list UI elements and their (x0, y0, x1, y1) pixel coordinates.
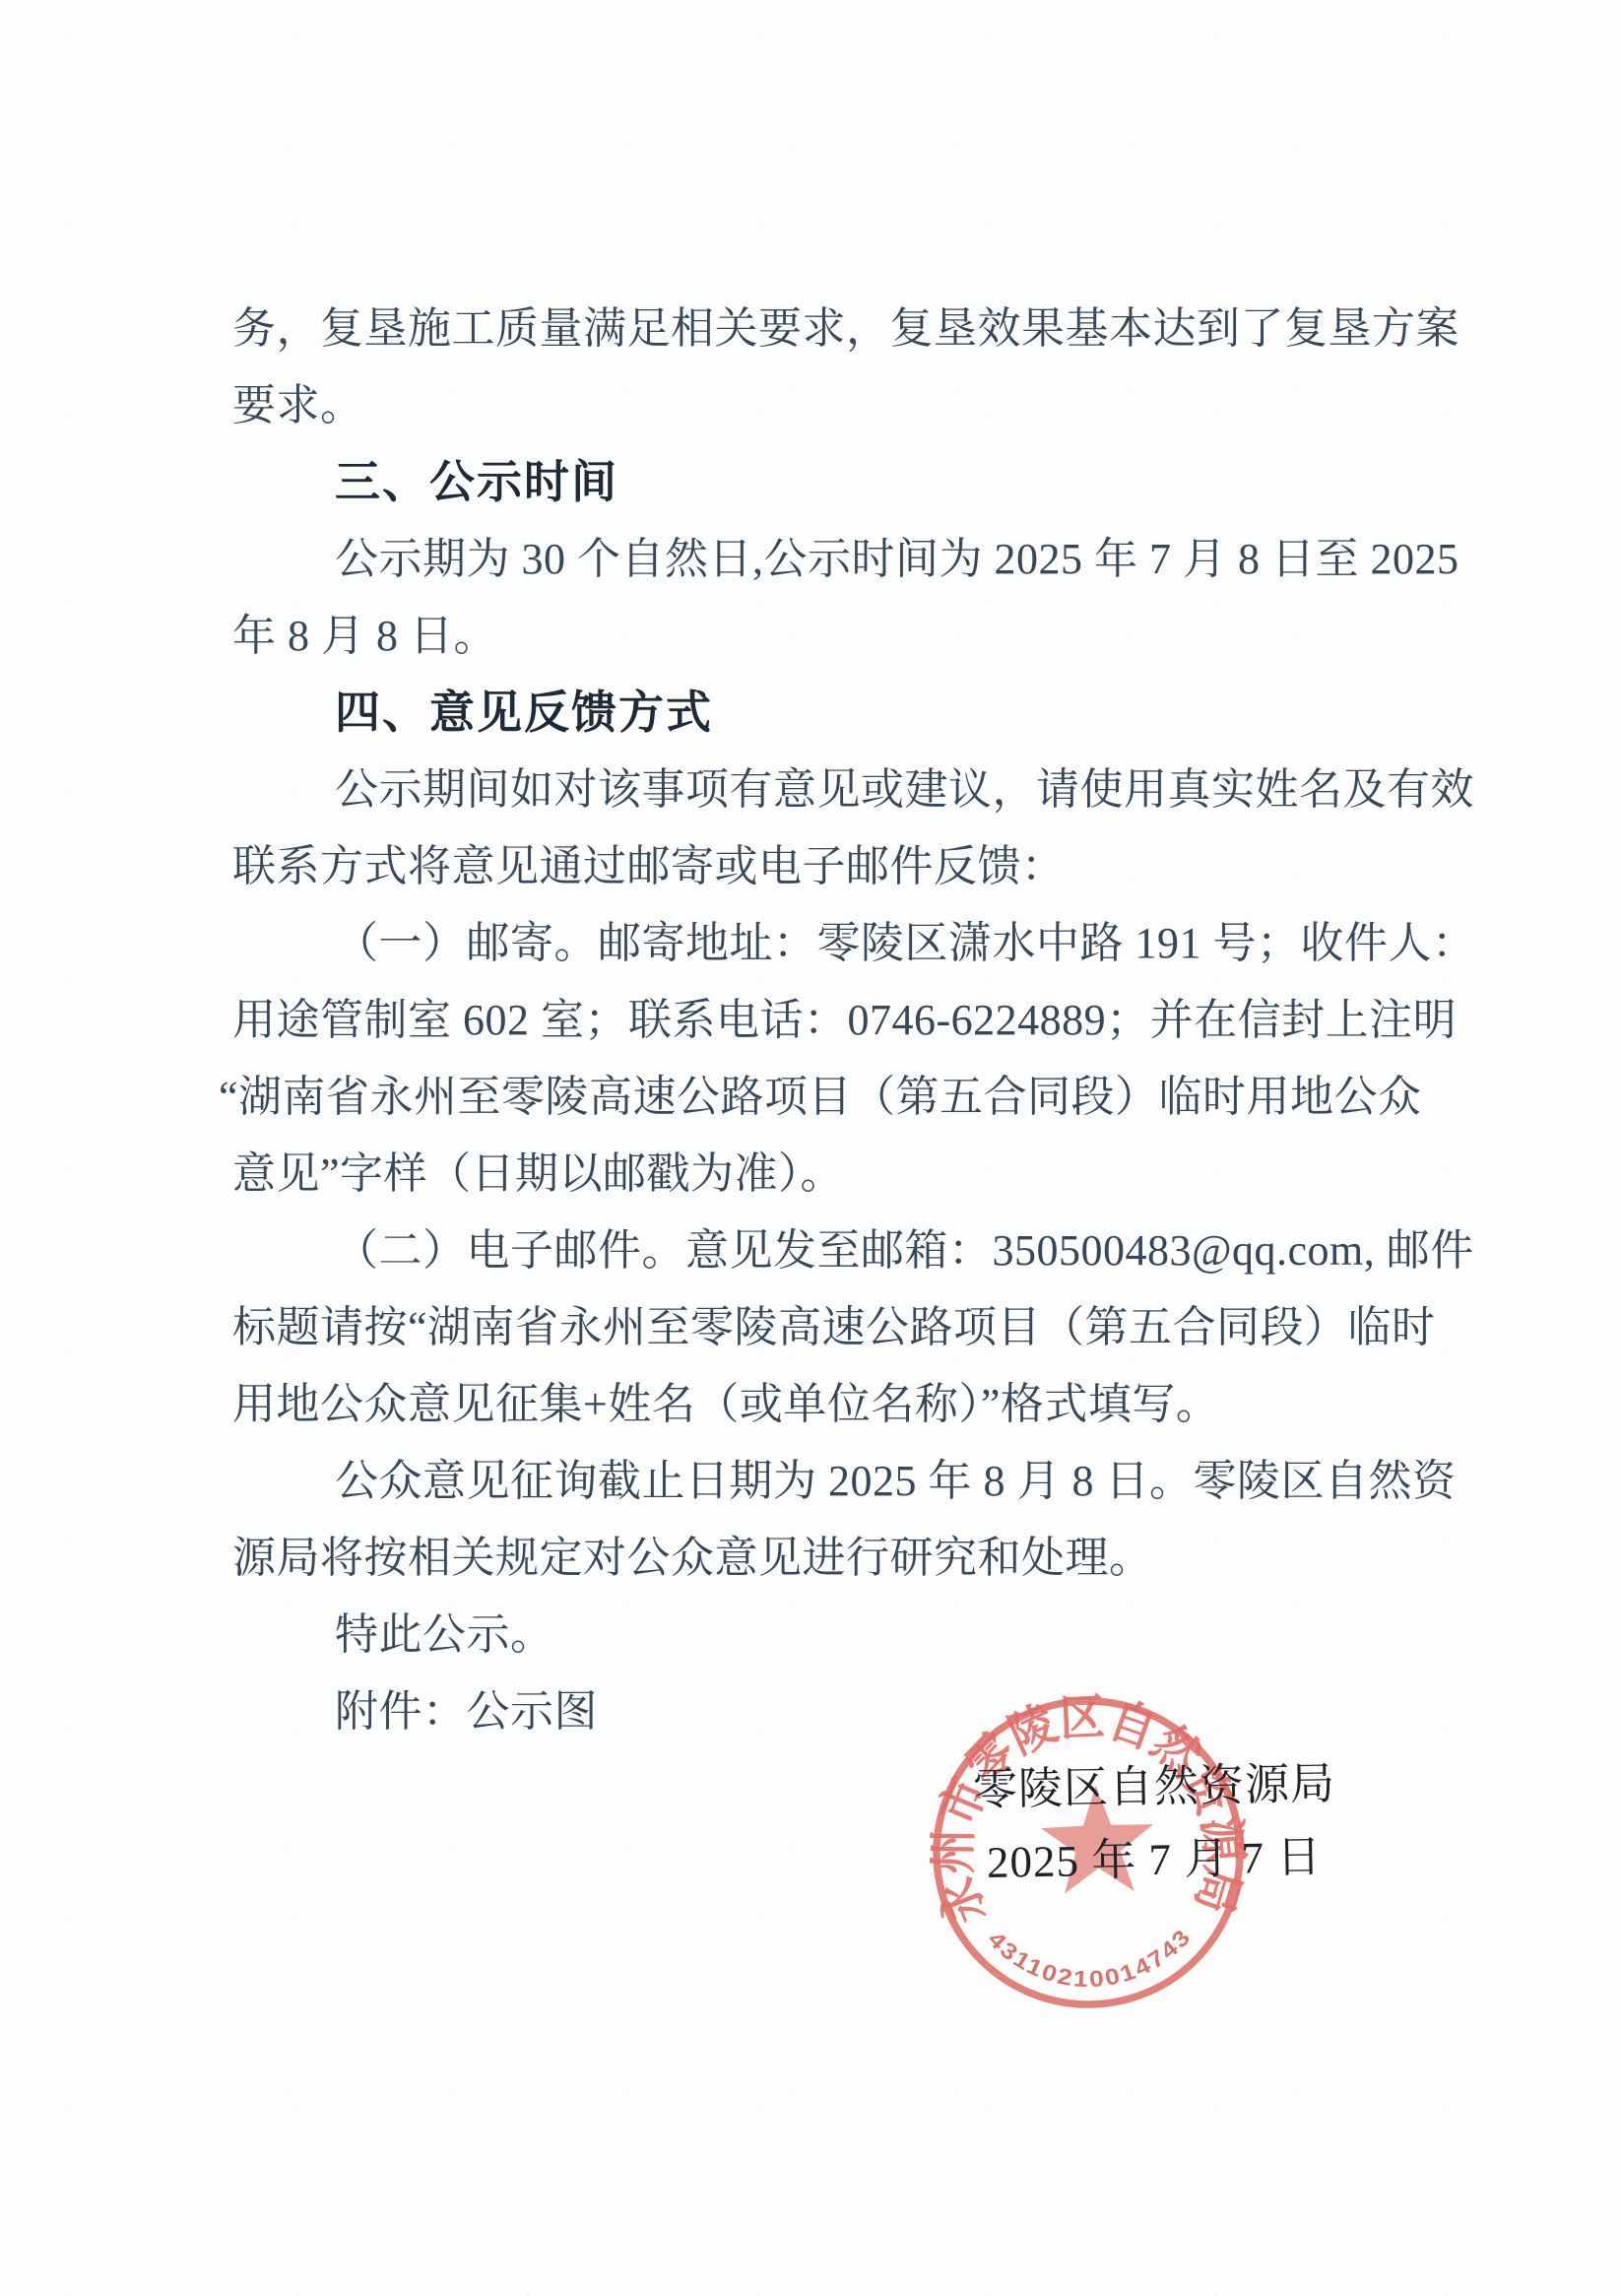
doc-line: 联系方式将意见通过邮寄或电子邮件反馈： (232, 845, 1066, 888)
doc-line: 标题请按“湖南省永州至零陵高速公路项目（第五合同段）临时 (232, 1306, 1436, 1349)
doc-line: 用地公众意见征集+姓名（或单位名称）”格式填写。 (232, 1383, 1219, 1426)
section-heading-4: 四、意见反馈方式 (335, 689, 713, 735)
doc-line: 年 8 月 8 日。 (232, 615, 497, 658)
doc-line: 公示期为 30 个自然日,公示时间为 2025 年 7 月 8 日至 2025 (335, 538, 1459, 581)
doc-line: 要求。 (232, 384, 364, 427)
doc-line: 特此公示。 (335, 1613, 554, 1657)
doc-line: “湖南省永州至零陵高速公路项目（第五合同段）临时用地公众 (219, 1076, 1422, 1119)
doc-line: （一）邮寄。邮寄地址：零陵区潇水中路 191 号；收件人： (335, 922, 1476, 965)
signature-agency: 零陵区自然资源局 (973, 1762, 1336, 1812)
attachment-line: 附件：公示图 (335, 1690, 598, 1734)
doc-line: （二）电子邮件。意见发至邮箱：350500483@qq.com, 邮件 (335, 1229, 1474, 1273)
section-heading-3: 三、公示时间 (335, 459, 618, 504)
doc-line: 公示期间如对该事项有意见或建议，请使用真实姓名及有效 (335, 768, 1474, 812)
signature-date: 2025 年 7 月 7 日 (987, 1835, 1323, 1885)
doc-line: 意见”字样（日期以邮戳为准）。 (232, 1152, 844, 1196)
doc-line: 务，复垦施工质量满足相关要求，复垦效果基本达到了复垦方案 (232, 307, 1459, 351)
doc-line: 公众意见征询截止日期为 2025 年 8 月 8 日。零陵区自然资 (335, 1460, 1457, 1503)
scanned-public-notice-page: 务，复垦施工质量满足相关要求，复垦效果基本达到了复垦方案 要求。 三、公示时间 … (0, 0, 1621, 2296)
doc-line: 用途管制室 602 室；联系电话：0746-6224889；并在信封上注明 (232, 999, 1457, 1042)
doc-line: 源局将按相关规定对公众意见进行研究和处理。 (232, 1537, 1153, 1580)
